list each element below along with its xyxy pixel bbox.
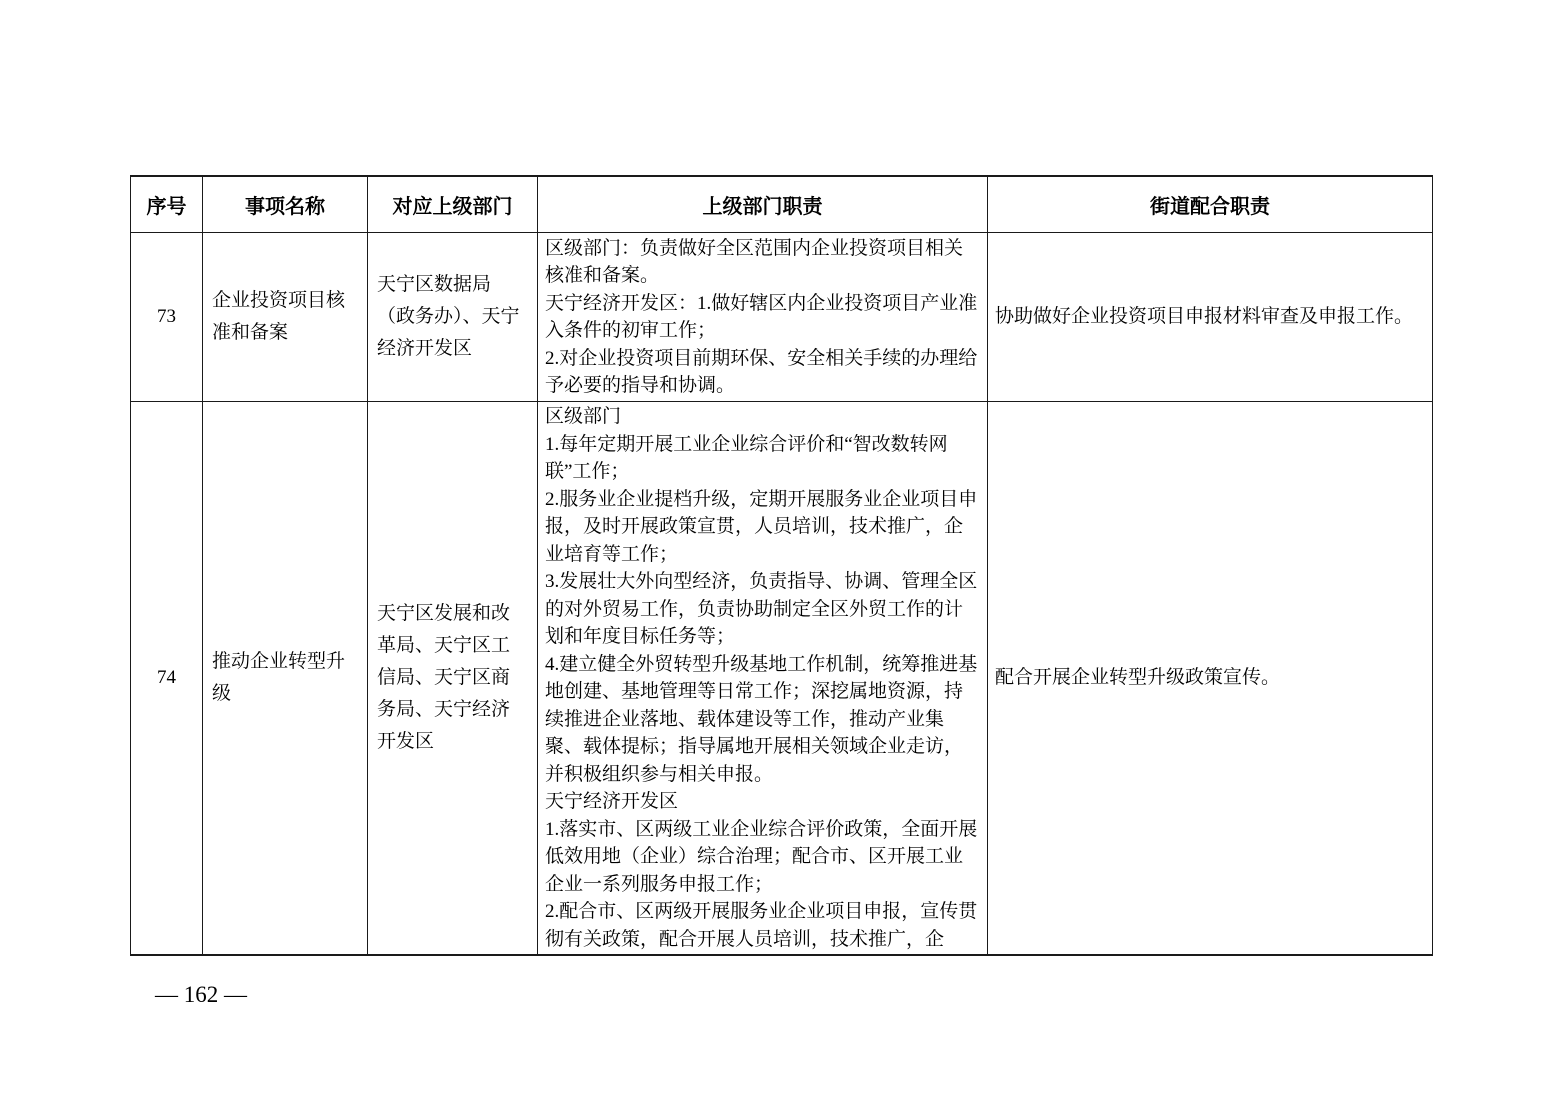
duty-paragraph: 1.落实市、区两级工业企业综合评价政策，全面开展低效用地（企业）综合治理；配合市… <box>545 816 980 899</box>
duty-paragraph: 3.发展壮大外向型经济，负责指导、协调、管理全区的对外贸易工作，负责协助制定全区… <box>545 568 980 651</box>
table-row: 73 企业投资项目核准和备案 天宁区数据局（政务办）、天宁经济开发区 区级部门：… <box>131 233 1433 402</box>
table-row: 74 推动企业转型升级 天宁区发展和改革局、天宁区工信局、天宁区商务局、天宁经济… <box>131 402 1433 956</box>
column-header-item-name: 事项名称 <box>203 176 368 233</box>
duty-paragraph: 1.每年定期开展工业企业综合评价和“智改数转网联”工作； <box>545 431 980 486</box>
superior-duties-cell: 区级部门 1.每年定期开展工业企业综合评价和“智改数转网联”工作； 2.服务业企… <box>538 402 988 956</box>
duty-paragraph: 配合开展企业转型升级政策宣传。 <box>995 664 1425 692</box>
duty-paragraph: 协助做好企业投资项目申报材料审查及申报工作。 <box>995 303 1425 331</box>
duty-paragraph: 2.配合市、区两级开展服务业企业项目申报，宣传贯彻有关政策，配合开展人员培训，技… <box>545 898 980 953</box>
duty-paragraph: 区级部门 <box>545 403 980 431</box>
column-header-superior-duties: 上级部门职责 <box>538 176 988 233</box>
duties-table: 序号 事项名称 对应上级部门 上级部门职责 街道配合职责 73 企业投资项目核准… <box>130 175 1433 956</box>
duty-paragraph: 2.服务业企业提档升级，定期开展服务业企业项目申报，及时开展政策宣贯，人员培训，… <box>545 486 980 569</box>
duty-paragraph: 区级部门：负责做好全区范围内企业投资项目相关核准和备案。 <box>545 235 980 290</box>
page-number: — 162 — <box>155 982 247 1008</box>
item-name-cell: 推动企业转型升级 <box>203 402 368 956</box>
duty-paragraph: 2.对企业投资项目前期环保、安全相关手续的办理给予必要的指导和协调。 <box>545 345 980 400</box>
superior-department-cell: 天宁区发展和改革局、天宁区工信局、天宁区商务局、天宁经济开发区 <box>368 402 538 956</box>
duty-paragraph: 4.建立健全外贸转型升级基地工作机制，统筹推进基地创建、基地管理等日常工作；深挖… <box>545 651 980 789</box>
column-header-superior-department: 对应上级部门 <box>368 176 538 233</box>
document-page: 序号 事项名称 对应上级部门 上级部门职责 街道配合职责 73 企业投资项目核准… <box>0 0 1559 1102</box>
superior-duties-cell: 区级部门：负责做好全区范围内企业投资项目相关核准和备案。 天宁经济开发区：1.做… <box>538 233 988 402</box>
superior-department-cell: 天宁区数据局（政务办）、天宁经济开发区 <box>368 233 538 402</box>
table-header-row: 序号 事项名称 对应上级部门 上级部门职责 街道配合职责 <box>131 176 1433 233</box>
street-duties-cell: 协助做好企业投资项目申报材料审查及申报工作。 <box>988 233 1433 402</box>
serial-cell: 73 <box>131 233 203 402</box>
duty-paragraph: 天宁经济开发区 <box>545 788 980 816</box>
serial-cell: 74 <box>131 402 203 956</box>
column-header-street-duties: 街道配合职责 <box>988 176 1433 233</box>
duty-paragraph: 天宁经济开发区：1.做好辖区内企业投资项目产业准入条件的初审工作； <box>545 290 980 345</box>
column-header-serial: 序号 <box>131 176 203 233</box>
item-name-cell: 企业投资项目核准和备案 <box>203 233 368 402</box>
street-duties-cell: 配合开展企业转型升级政策宣传。 <box>988 402 1433 956</box>
